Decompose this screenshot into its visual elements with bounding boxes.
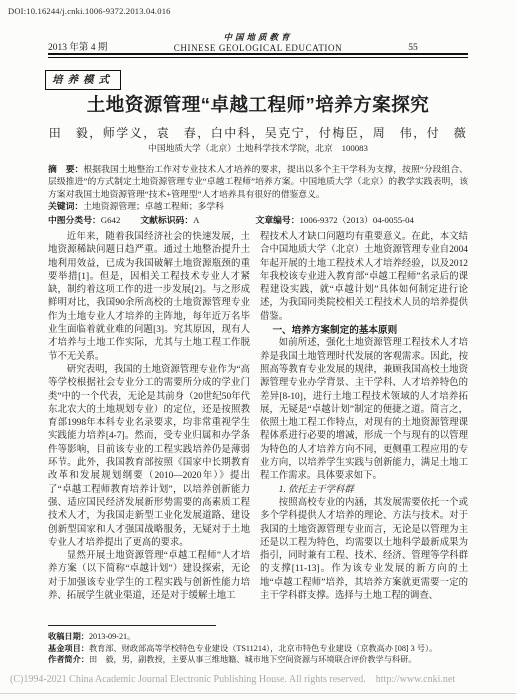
- article-title: 土地资源管理“卓越工程师”培养方案探究: [48, 91, 468, 117]
- paragraph: 显然开展土地资源管理“卓越工程师”人才培养方案（以下简称“卓越计划”）建设探索，…: [48, 550, 250, 603]
- header-divider: [48, 53, 468, 58]
- paragraph: 按照高校专业的内涵，其发展需要依托一个或多个学科提供人才培养的理论、方法与技术。…: [260, 497, 468, 603]
- journal-name-cn: 中国地质教育: [158, 33, 358, 43]
- author-bio-label: 作者简介：: [48, 655, 89, 664]
- doc-code-chunk: 文献标识码：A: [140, 214, 199, 226]
- keywords-text: 土地资源管理；卓越工程师；多学科: [83, 201, 224, 211]
- affiliation: 中国地质大学（北京）土地科学技术学院，北京 100083: [48, 141, 468, 154]
- fund-label: 基金项目：: [48, 644, 89, 653]
- right-column: 程技术人才缺口问题均有重要意义。在此，本文结合中国地质大学（北京）土地资源管理专…: [260, 231, 468, 629]
- author-list: 田 毅，师学义，袁 春，白中科，吴克宁，付梅臣，周 伟，付 薇: [28, 124, 488, 141]
- abstract-label: 摘 要：: [48, 164, 83, 174]
- fund-value: 教育部、财政部高等学校特色专业建设（TS11214），北京市特色专业建设（京教高…: [89, 644, 437, 653]
- clc-label: 中图分类号：: [48, 215, 101, 225]
- category-badge: 培养模式: [45, 70, 121, 90]
- doi-line: DOI:10.16244/j.cnki.1006-9372.2013.04.01…: [8, 6, 171, 16]
- footnotes: 收稿日期：2013-09-21。 基金项目：教育部、财政部高等学校特色专业建设（…: [48, 631, 480, 666]
- article-id-chunk: 文章编号：1006-9372（2013）04-0055-04: [256, 214, 414, 226]
- subsection-heading: 1. 依托主干学科群: [260, 484, 468, 497]
- section-heading: 一、培养方案制定的基本原则: [260, 324, 468, 337]
- article-meta-line: 中图分类号：G642 文献标识码：A 文章编号：1006-9372（2013）0…: [48, 214, 468, 226]
- keywords-line: 关键词：土地资源管理；卓越工程师；多学科: [48, 200, 468, 212]
- paragraph: 如前所述，强化土地资源管理工程技术人才培养是我国土地管理时代发展的客观需求。因此…: [260, 337, 468, 483]
- abstract: 摘 要：根据我国土地整治工作对专业技术人才培养的要求，提出以多个主干学科为支撑，…: [48, 163, 468, 200]
- clc-value: G642: [101, 215, 121, 225]
- keywords-label: 关键词：: [48, 201, 83, 211]
- paragraph: 近年来，随着我国经济社会的快速发展，土地资源稀缺问题日趋严重。通过土地整治提升土…: [48, 231, 250, 364]
- footnote-divider: [48, 625, 216, 626]
- author-bio-value: 田 毅，男，副教授，主要从事三维地籍、城市地下空间资源与环境联合评价教学与科研。: [89, 655, 417, 664]
- page-number: 55: [358, 43, 468, 53]
- article-id-label: 文章编号：: [256, 215, 300, 225]
- page-header: 2013 年第 4 期 中国地质教育 CHINESE GEOLOGICAL ED…: [48, 33, 468, 53]
- paragraph-continuation: 程技术人才缺口问题均有重要意义。在此，本文结合中国地质大学（北京）土地资源管理专…: [260, 231, 468, 324]
- paragraph: 研究表明，我国的土地资源管理专业作为“高等学校根据社会专业分工的需要所分成的学业…: [48, 364, 250, 550]
- left-column: 近年来，随着我国经济社会的快速发展，土地资源稀缺问题日趋严重。通过土地整治提升土…: [48, 231, 250, 629]
- received-date-line: 收稿日期：2013-09-21。: [48, 631, 480, 643]
- author-bio-line: 作者简介：田 毅，男，副教授，主要从事三维地籍、城市地下空间资源与环境联合评价教…: [48, 654, 480, 666]
- doc-code-value: A: [193, 215, 199, 225]
- abstract-text: 根据我国土地整治工作对专业技术人才培养的要求，提出以多个主干学科为支撑，按照“分…: [48, 164, 468, 199]
- journal-name-en: CHINESE GEOLOGICAL EDUCATION: [158, 43, 358, 53]
- scan-bottom-edge: [0, 693, 516, 694]
- cnki-copyright-line: (C)1994-2021 China Academic Journal Elec…: [10, 674, 510, 685]
- issue-label: 2013 年第 4 期: [48, 39, 158, 53]
- fund-line: 基金项目：教育部、财政部高等学校特色专业建设（TS11214），北京市特色专业建…: [48, 643, 480, 655]
- article-id-value: 1006-9372（2013）04-0055-04: [300, 215, 414, 225]
- doc-code-label: 文献标识码：: [140, 215, 193, 225]
- body-columns: 近年来，随着我国经济社会的快速发展，土地资源稀缺问题日趋严重。通过土地整治提升土…: [48, 231, 468, 629]
- received-date-label: 收稿日期：: [48, 632, 89, 641]
- abstract-block: 摘 要：根据我国土地整治工作对专业技术人才培养的要求，提出以多个主干学科为支撑，…: [48, 163, 468, 226]
- received-date-value: 2013-09-21。: [89, 632, 135, 641]
- clc-chunk: 中图分类号：G642: [48, 214, 120, 226]
- journal-name: 中国地质教育 CHINESE GEOLOGICAL EDUCATION: [158, 33, 358, 53]
- journal-page: DOI:10.16244/j.cnki.1006-9372.2013.04.01…: [0, 0, 516, 700]
